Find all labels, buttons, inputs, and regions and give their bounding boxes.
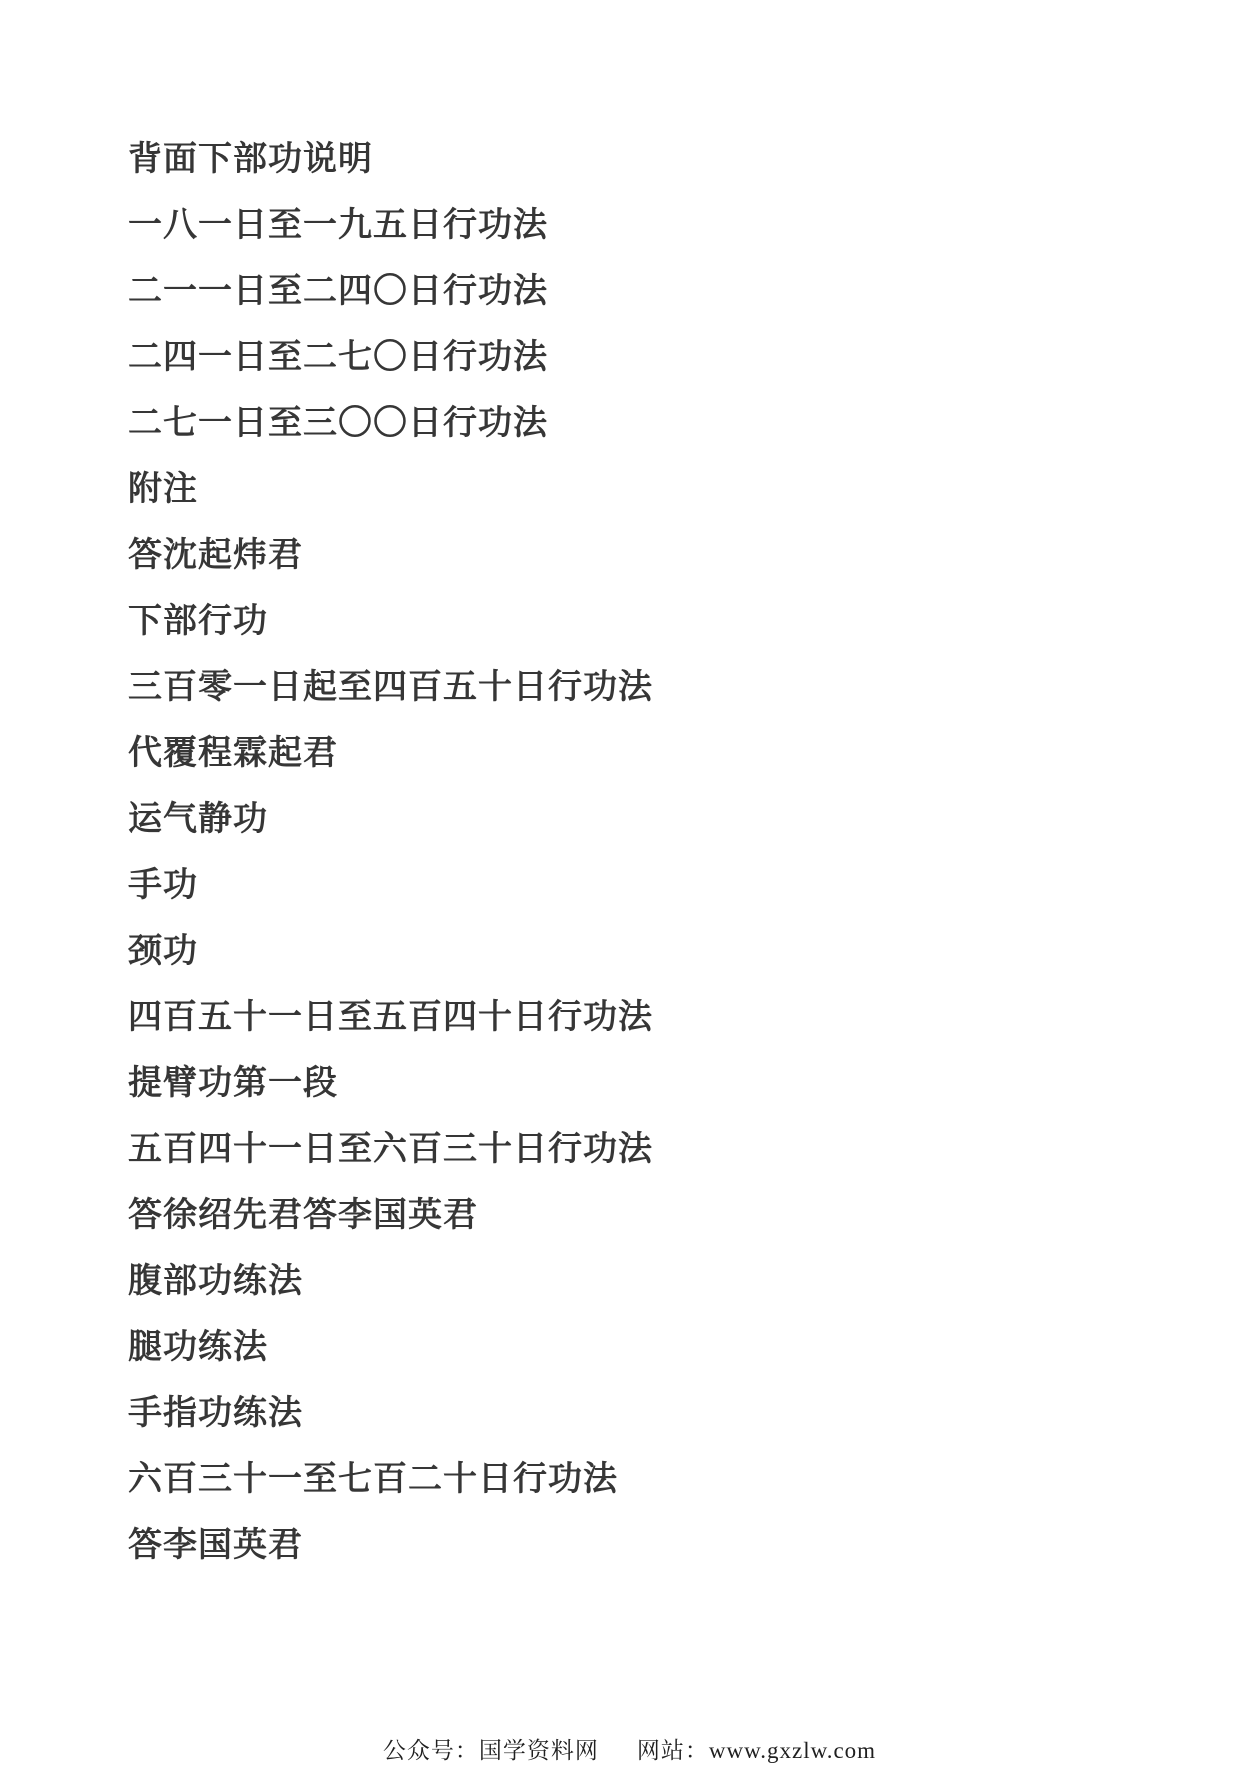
toc-entry: 一八一日至一九五日行功法	[128, 192, 1199, 258]
toc-entry: 腿功练法	[128, 1314, 1199, 1380]
toc-entry: 运气静功	[128, 786, 1199, 852]
table-of-contents: 背面下部功说明 一八一日至一九五日行功法 二一一日至二四〇日行功法 二四一日至二…	[128, 126, 1199, 1578]
toc-entry: 下部行功	[128, 588, 1199, 654]
page-footer: 公众号：国学资料网网站：www.gxzlw.com	[0, 1732, 1259, 1765]
toc-entry: 颈功	[128, 918, 1199, 984]
toc-entry: 背面下部功说明	[128, 126, 1199, 192]
toc-entry: 手指功练法	[128, 1380, 1199, 1446]
toc-entry: 代覆程霖起君	[128, 720, 1199, 786]
document-page: 背面下部功说明 一八一日至一九五日行功法 二一一日至二四〇日行功法 二四一日至二…	[0, 0, 1259, 1784]
toc-entry: 手功	[128, 852, 1199, 918]
toc-entry: 四百五十一日至五百四十日行功法	[128, 984, 1199, 1050]
footer-site-url: 网站：www.gxzlw.com	[637, 1738, 876, 1763]
toc-entry: 腹部功练法	[128, 1248, 1199, 1314]
toc-entry: 二一一日至二四〇日行功法	[128, 258, 1199, 324]
toc-entry: 提臂功第一段	[128, 1050, 1199, 1116]
toc-entry: 三百零一日起至四百五十日行功法	[128, 654, 1199, 720]
toc-entry: 二四一日至二七〇日行功法	[128, 324, 1199, 390]
toc-entry: 附注	[128, 456, 1199, 522]
toc-entry: 答沈起炜君	[128, 522, 1199, 588]
toc-entry: 答徐绍先君答李国英君	[128, 1182, 1199, 1248]
footer-account: 公众号：国学资料网	[383, 1738, 599, 1763]
toc-entry: 答李国英君	[128, 1512, 1199, 1578]
toc-entry: 六百三十一至七百二十日行功法	[128, 1446, 1199, 1512]
toc-entry: 五百四十一日至六百三十日行功法	[128, 1116, 1199, 1182]
toc-entry: 二七一日至三〇〇日行功法	[128, 390, 1199, 456]
